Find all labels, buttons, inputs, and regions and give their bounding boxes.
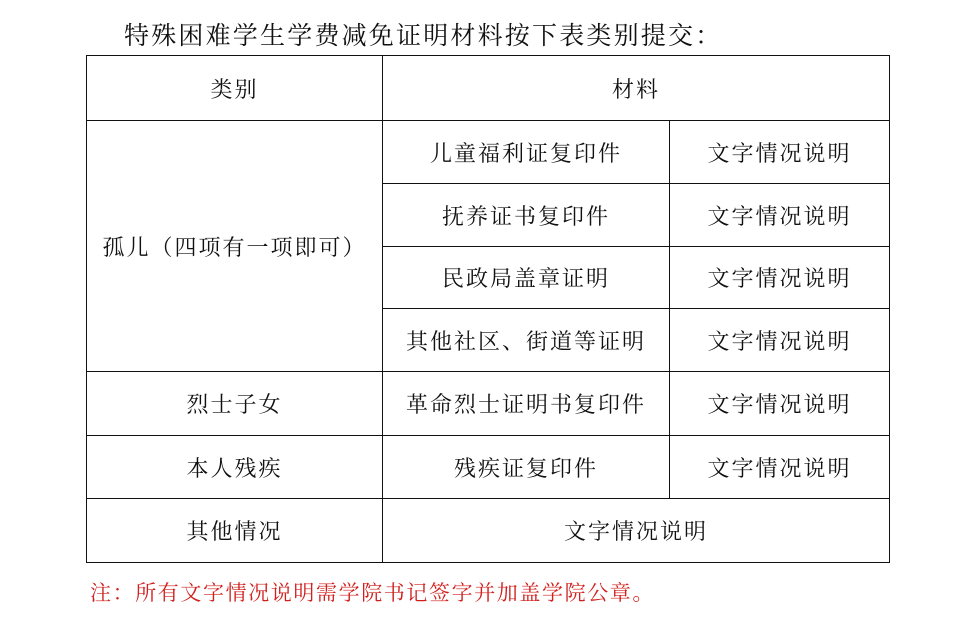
table-row: 本人残疾 残疾证复印件 文字情况说明	[87, 436, 890, 499]
category-cell: 本人残疾	[87, 436, 383, 499]
material-cell: 文字情况说明	[383, 499, 890, 563]
material-cell: 革命烈士证明书复印件	[383, 372, 670, 436]
header-category: 类别	[87, 56, 383, 121]
category-cell: 其他情况	[87, 499, 383, 563]
table-header-row: 类别 材料	[87, 56, 890, 121]
category-cell: 烈士子女	[87, 372, 383, 436]
note-cell: 文字情况说明	[670, 436, 890, 499]
note-cell: 文字情况说明	[670, 184, 890, 247]
material-cell: 残疾证复印件	[383, 436, 670, 499]
document-title: 特殊困难学生学费减免证明材料按下表类别提交：	[124, 16, 722, 52]
footnote: 注：所有文字情况说明需学院书记签字并加盖学院公章。	[90, 577, 655, 607]
table-row: 其他情况 文字情况说明	[87, 499, 890, 563]
material-cell: 其他社区、街道等证明	[383, 309, 670, 372]
material-cell: 民政局盖章证明	[383, 247, 670, 309]
note-cell: 文字情况说明	[670, 372, 890, 436]
note-cell: 文字情况说明	[670, 309, 890, 372]
table-row: 孤儿（四项有一项即可） 儿童福利证复印件 文字情况说明	[87, 121, 890, 184]
note-cell: 文字情况说明	[670, 247, 890, 309]
table-row: 烈士子女 革命烈士证明书复印件 文字情况说明	[87, 372, 890, 436]
material-cell: 儿童福利证复印件	[383, 121, 670, 184]
note-cell: 文字情况说明	[670, 121, 890, 184]
material-cell: 抚养证书复印件	[383, 184, 670, 247]
materials-table: 类别 材料 孤儿（四项有一项即可） 儿童福利证复印件 文字情况说明 抚养证书复印…	[86, 55, 890, 563]
header-materials: 材料	[383, 56, 890, 121]
category-cell: 孤儿（四项有一项即可）	[87, 121, 383, 372]
